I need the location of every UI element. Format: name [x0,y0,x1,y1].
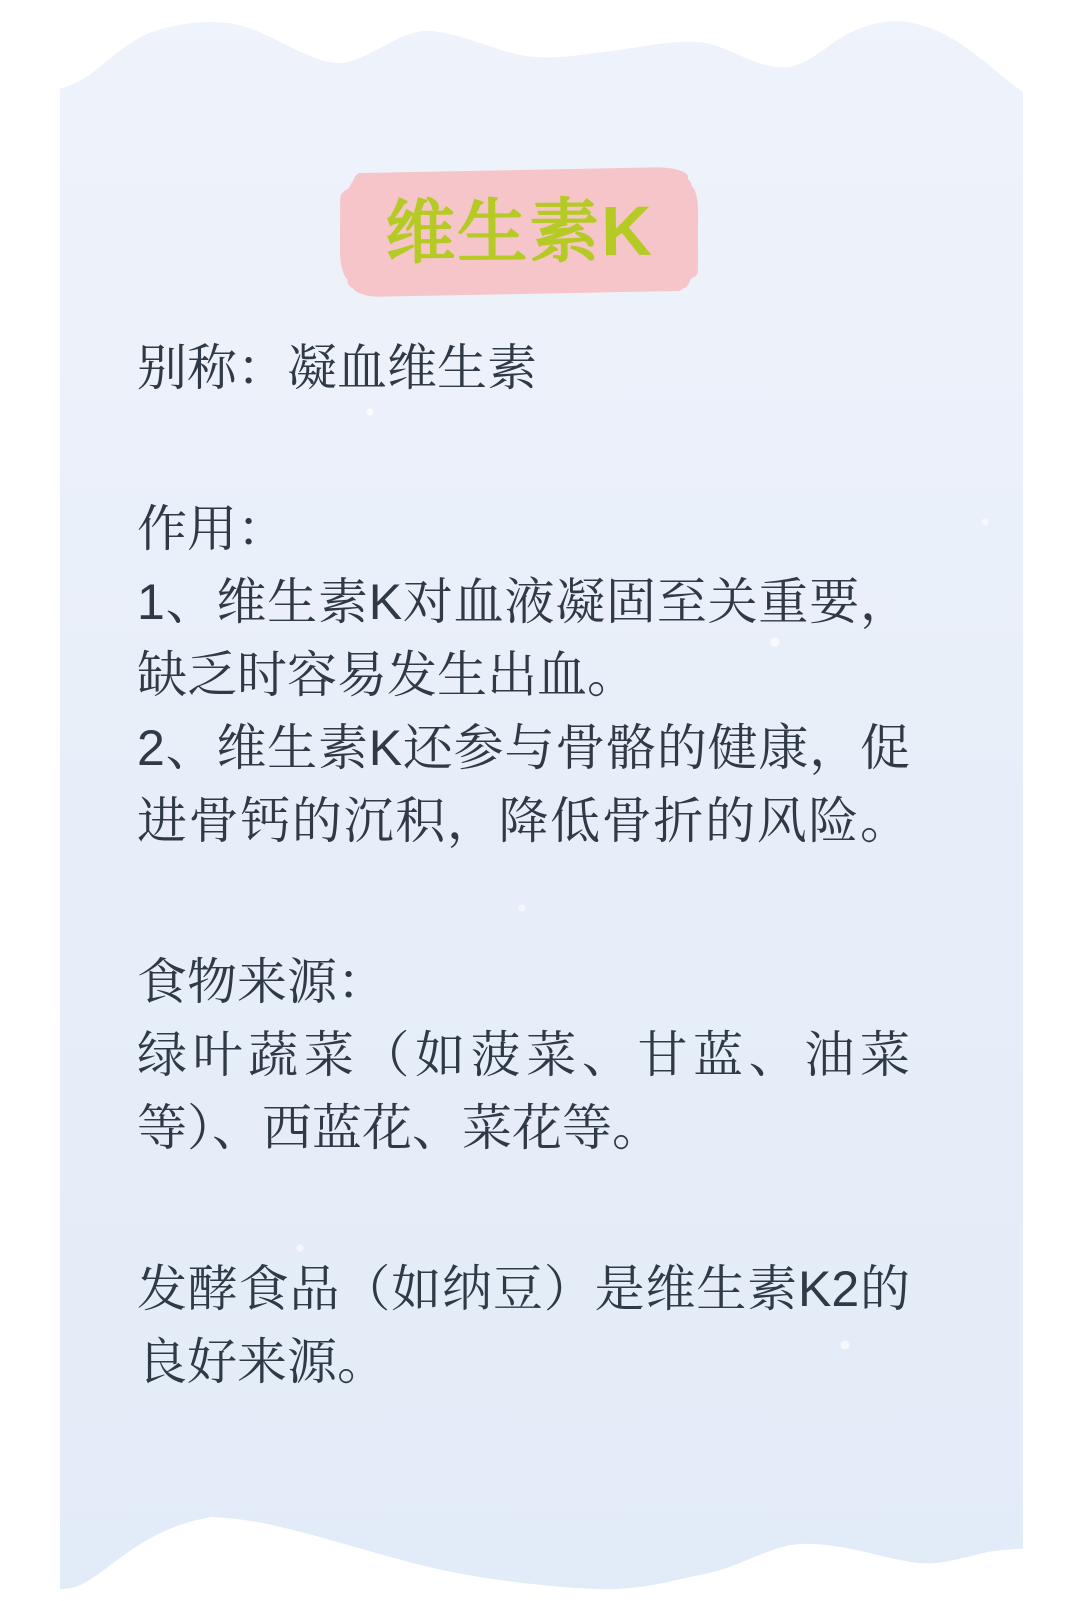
fermented-foods-line: 良好来源。 [137,1326,910,1399]
food-sources-line: 绿叶蔬菜（如菠菜、甘蓝、油菜 [137,1019,910,1092]
bottom-wave-decoration [0,1501,1080,1601]
food-sources-line: 等）、西蓝花、菜花等。 [137,1092,910,1165]
section-functions: 作用： 1、维生素K对血液凝固至关重要， 缺乏时容易发生出血。 2、维生素K还参… [137,493,910,858]
content-column: 维生素K 别称：凝血维生素 作用： 1、维生素K对血液凝固至关重要， 缺乏时容易… [137,0,910,1399]
section-food-sources: 食物来源： 绿叶蔬菜（如菠菜、甘蓝、油菜 等）、西蓝花、菜花等。 [137,946,910,1165]
section-alias: 别称：凝血维生素 [137,332,910,405]
page-title: 维生素K [385,195,654,270]
section-fermented-foods: 发酵食品（如纳豆）是维生素K2的 良好来源。 [137,1253,910,1399]
alias-line: 别称：凝血维生素 [137,332,910,405]
functions-line: 2、维生素K还参与骨骼的健康，促 [137,712,910,785]
fermented-foods-line: 发酵食品（如纳豆）是维生素K2的 [137,1253,910,1326]
functions-heading: 作用： [137,493,910,566]
functions-line: 缺乏时容易发生出血。 [137,639,910,712]
functions-line: 进骨钙的沉积，降低骨折的风险。 [137,785,910,858]
functions-line: 1、维生素K对血液凝固至关重要， [137,566,910,639]
food-sources-heading: 食物来源： [137,946,910,1019]
title-highlight: 维生素K [347,173,693,291]
